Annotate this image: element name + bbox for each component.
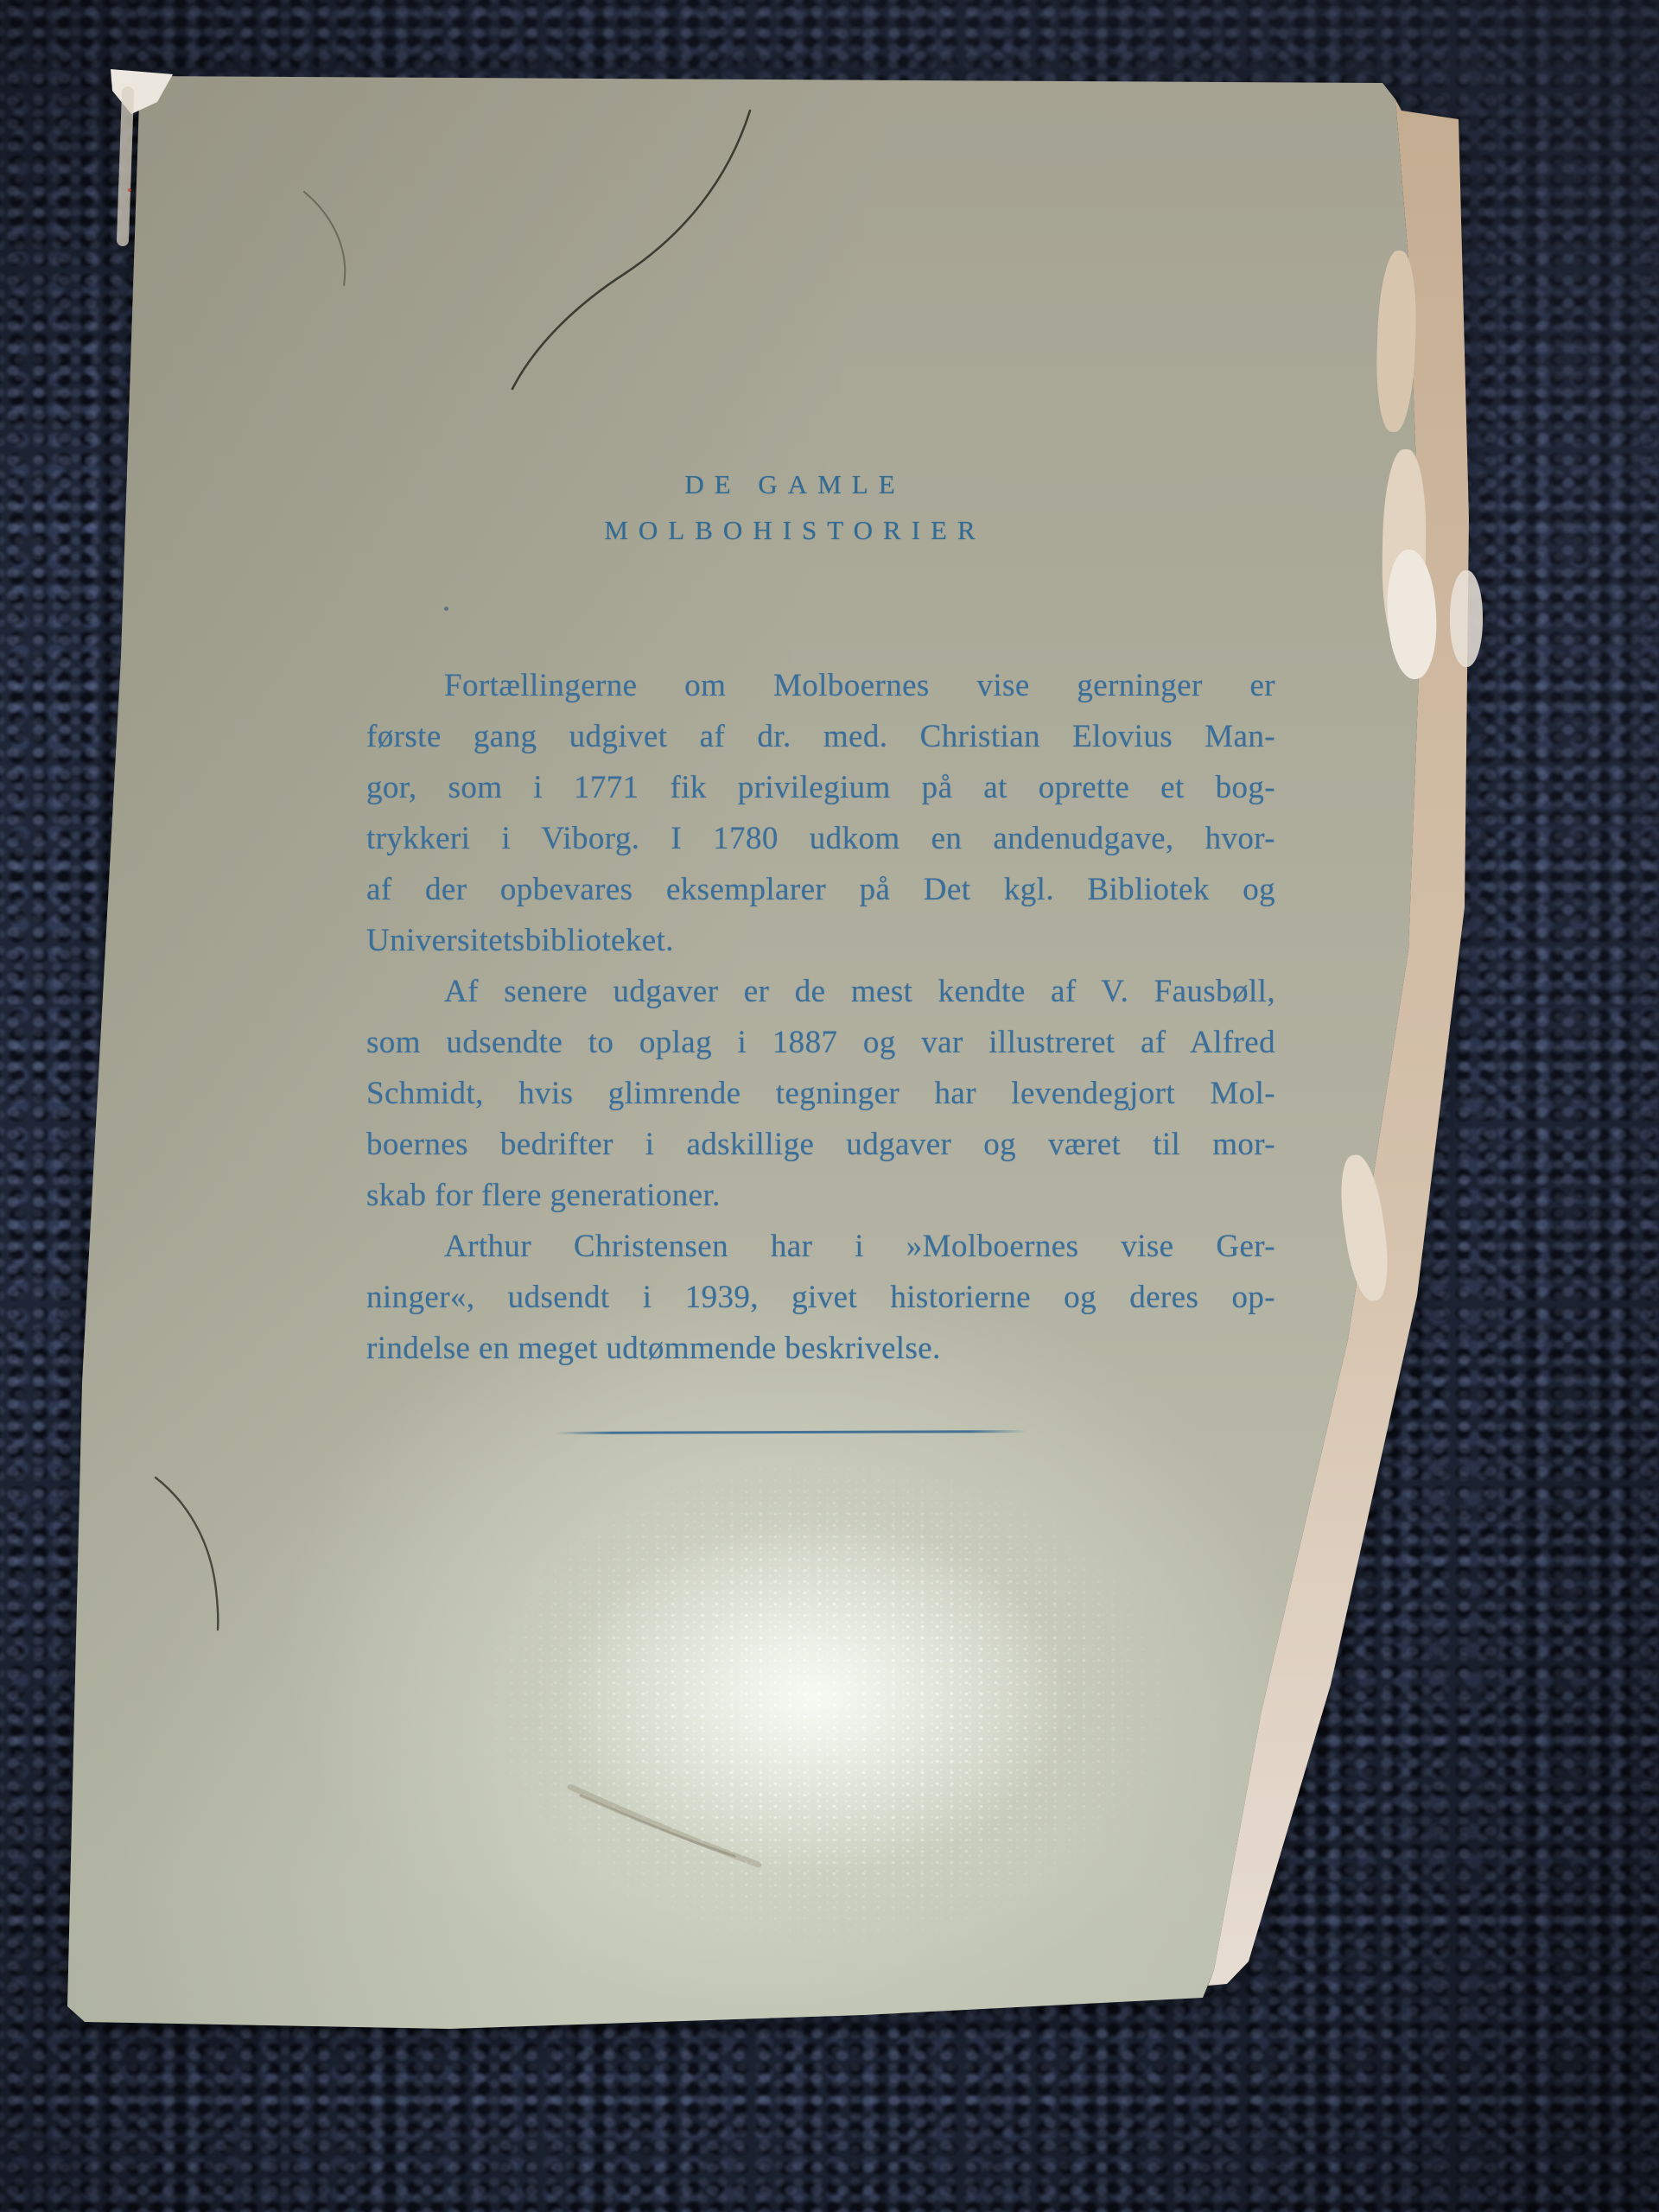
title-line-2: MOLBOHISTORIER: [328, 507, 1262, 553]
body-line: boernes bedrifter i adskillige udgaver o…: [366, 1119, 1275, 1170]
red-speck: [128, 188, 131, 192]
photo-of-book-back-cover: DE GAMLE MOLBOHISTORIER Fortællingerne o…: [0, 0, 1659, 2212]
body-line: Arthur Christensen har i »Molboernes vis…: [366, 1221, 1275, 1272]
body-line: som udsendte to oplag i 1887 og var illu…: [366, 1017, 1275, 1068]
title-line-1: DE GAMLE: [328, 461, 1262, 507]
body-line: Af senere udgaver er de mest kendte af V…: [366, 966, 1275, 1017]
body-text: Fortællingerne om Molboernes vise gernin…: [366, 660, 1275, 1374]
divider-rule: [555, 1430, 1027, 1434]
body-line: gor, som i 1771 fik privilegium på at op…: [366, 762, 1275, 813]
book-title: DE GAMLE MOLBOHISTORIER: [328, 461, 1262, 553]
body-line: af der opbevares eksemplarer på Det kgl.…: [366, 864, 1275, 915]
body-line: Schmidt, hvis glimrende tegninger har le…: [366, 1068, 1275, 1119]
body-line: Fortællingerne om Molboernes vise gernin…: [366, 660, 1275, 711]
printed-text-layer: DE GAMLE MOLBOHISTORIER Fortællingerne o…: [0, 0, 1659, 2212]
body-line: rindelse en meget udtømmende beskrivelse…: [366, 1323, 1275, 1374]
ink-speck: [444, 607, 448, 611]
body-line: trykkeri i Viborg. I 1780 udkom en anden…: [366, 813, 1275, 864]
body-line: Universitetsbiblioteket.: [366, 915, 1275, 966]
body-line: skab for flere generationer.: [366, 1170, 1275, 1221]
body-line: ninger«, udsendt i 1939, givet historier…: [366, 1272, 1275, 1323]
body-line: første gang udgivet af dr. med. Christia…: [366, 711, 1275, 762]
